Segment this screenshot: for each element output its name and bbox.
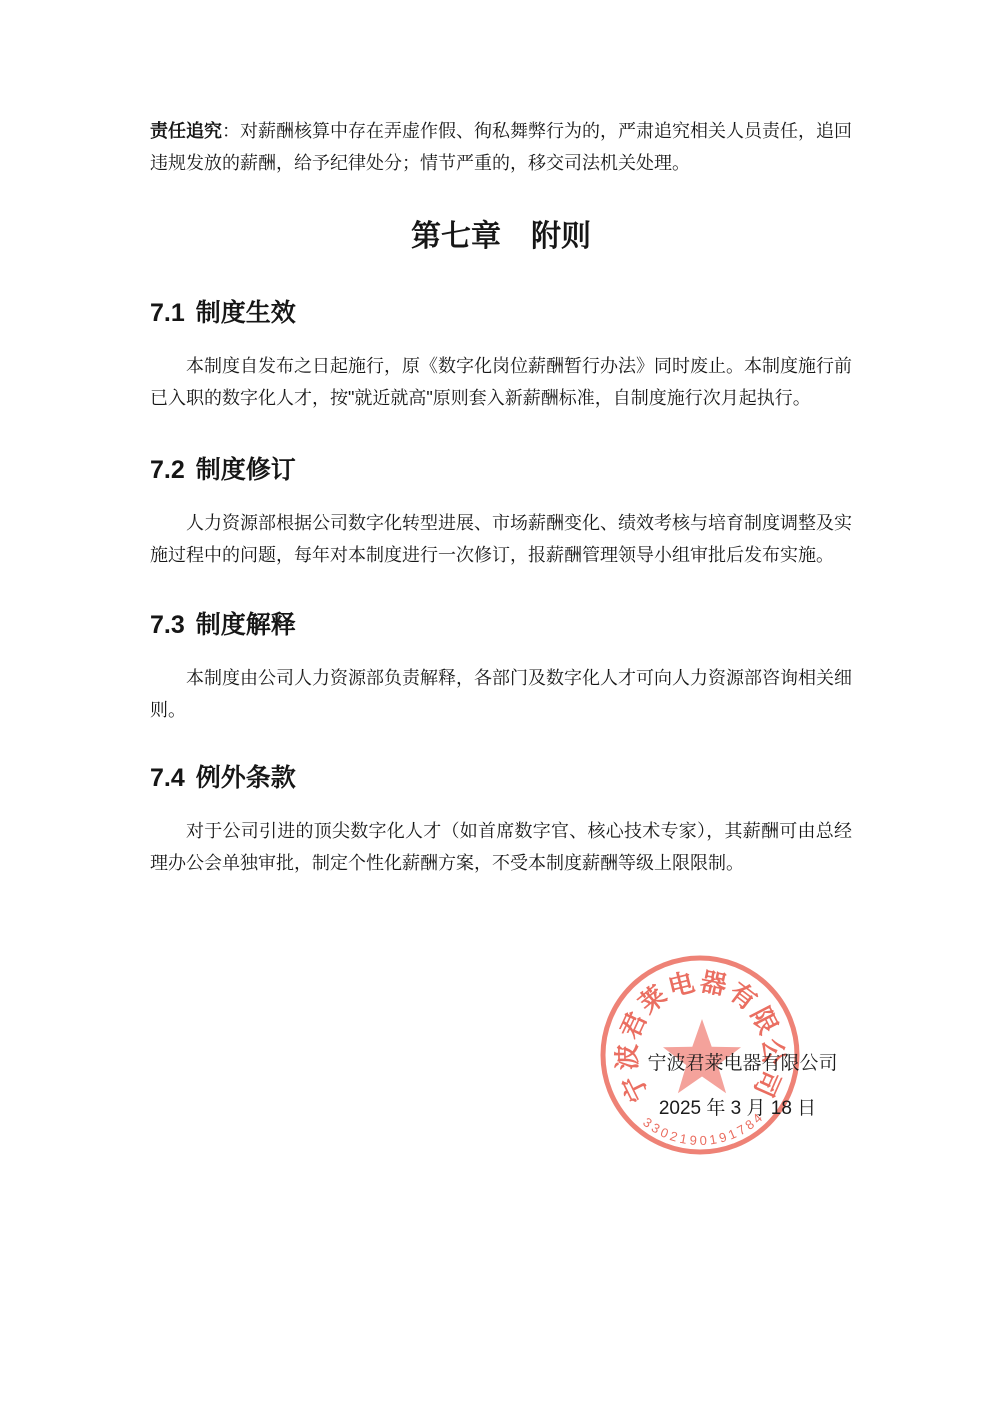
- section-7-1-number: 7.1: [150, 299, 185, 327]
- section-7-4-body: 对于公司引进的顶尖数字化人才（如首席数字官、核心技术专家），其薪酬可由总经理办公…: [150, 815, 852, 879]
- section-7-4-title: 例外条款: [196, 764, 296, 792]
- section-7-3-body: 本制度由公司人力资源部负责解释，各部门及数字化人才可向人力资源部咨询相关细则。: [150, 662, 852, 726]
- section-7-4: 7.4例外条款 对于公司引进的顶尖数字化人才（如首席数字官、核心技术专家），其薪…: [150, 765, 852, 879]
- document-page: 责任追究：对薪酬核算中存在弄虚作假、徇私舞弊行为的，严肃追究相关人员责任，追回违…: [0, 0, 1000, 1414]
- document-content: 责任追究：对薪酬核算中存在弄虚作假、徇私舞弊行为的，严肃追究相关人员责任，追回违…: [150, 0, 852, 879]
- accountability-label: 责任追究: [150, 121, 222, 141]
- section-7-2-title: 制度修订: [196, 456, 296, 484]
- section-7-3-heading: 7.3制度解释: [150, 612, 852, 638]
- chapter-title: 第七章 附则: [150, 219, 852, 255]
- section-7-1-heading: 7.1制度生效: [150, 300, 852, 326]
- section-7-4-number: 7.4: [150, 764, 185, 792]
- section-7-1-title: 制度生效: [196, 299, 296, 327]
- section-7-3: 7.3制度解释 本制度由公司人力资源部负责解释，各部门及数字化人才可向人力资源部…: [150, 612, 852, 726]
- section-7-4-heading: 7.4例外条款: [150, 765, 852, 791]
- signature-company-name: 宁波君莱电器有限公司: [560, 1052, 925, 1076]
- accountability-paragraph: 责任追究：对薪酬核算中存在弄虚作假、徇私舞弊行为的，严肃追究相关人员责任，追回违…: [150, 115, 852, 179]
- section-7-2-number: 7.2: [150, 456, 185, 484]
- section-7-1: 7.1制度生效 本制度自发布之日起施行，原《数字化岗位薪酬暂行办法》同时废止。本…: [150, 300, 852, 414]
- section-7-2-body: 人力资源部根据公司数字化转型进展、市场薪酬变化、绩效考核与培育制度调整及实施过程…: [150, 507, 852, 571]
- section-7-3-title: 制度解释: [196, 611, 296, 639]
- signature-date: 2025 年 3 月 18 日: [555, 1097, 920, 1121]
- section-7-1-body: 本制度自发布之日起施行，原《数字化岗位薪酬暂行办法》同时废止。本制度施行前已入职…: [150, 350, 852, 414]
- section-7-2-heading: 7.2制度修订: [150, 457, 852, 483]
- section-7-2: 7.2制度修订 人力资源部根据公司数字化转型进展、市场薪酬变化、绩效考核与培育制…: [150, 457, 852, 571]
- accountability-text: ：对薪酬核算中存在弄虚作假、徇私舞弊行为的，严肃追究相关人员责任，追回违规发放的…: [150, 121, 852, 173]
- section-7-3-number: 7.3: [150, 611, 185, 639]
